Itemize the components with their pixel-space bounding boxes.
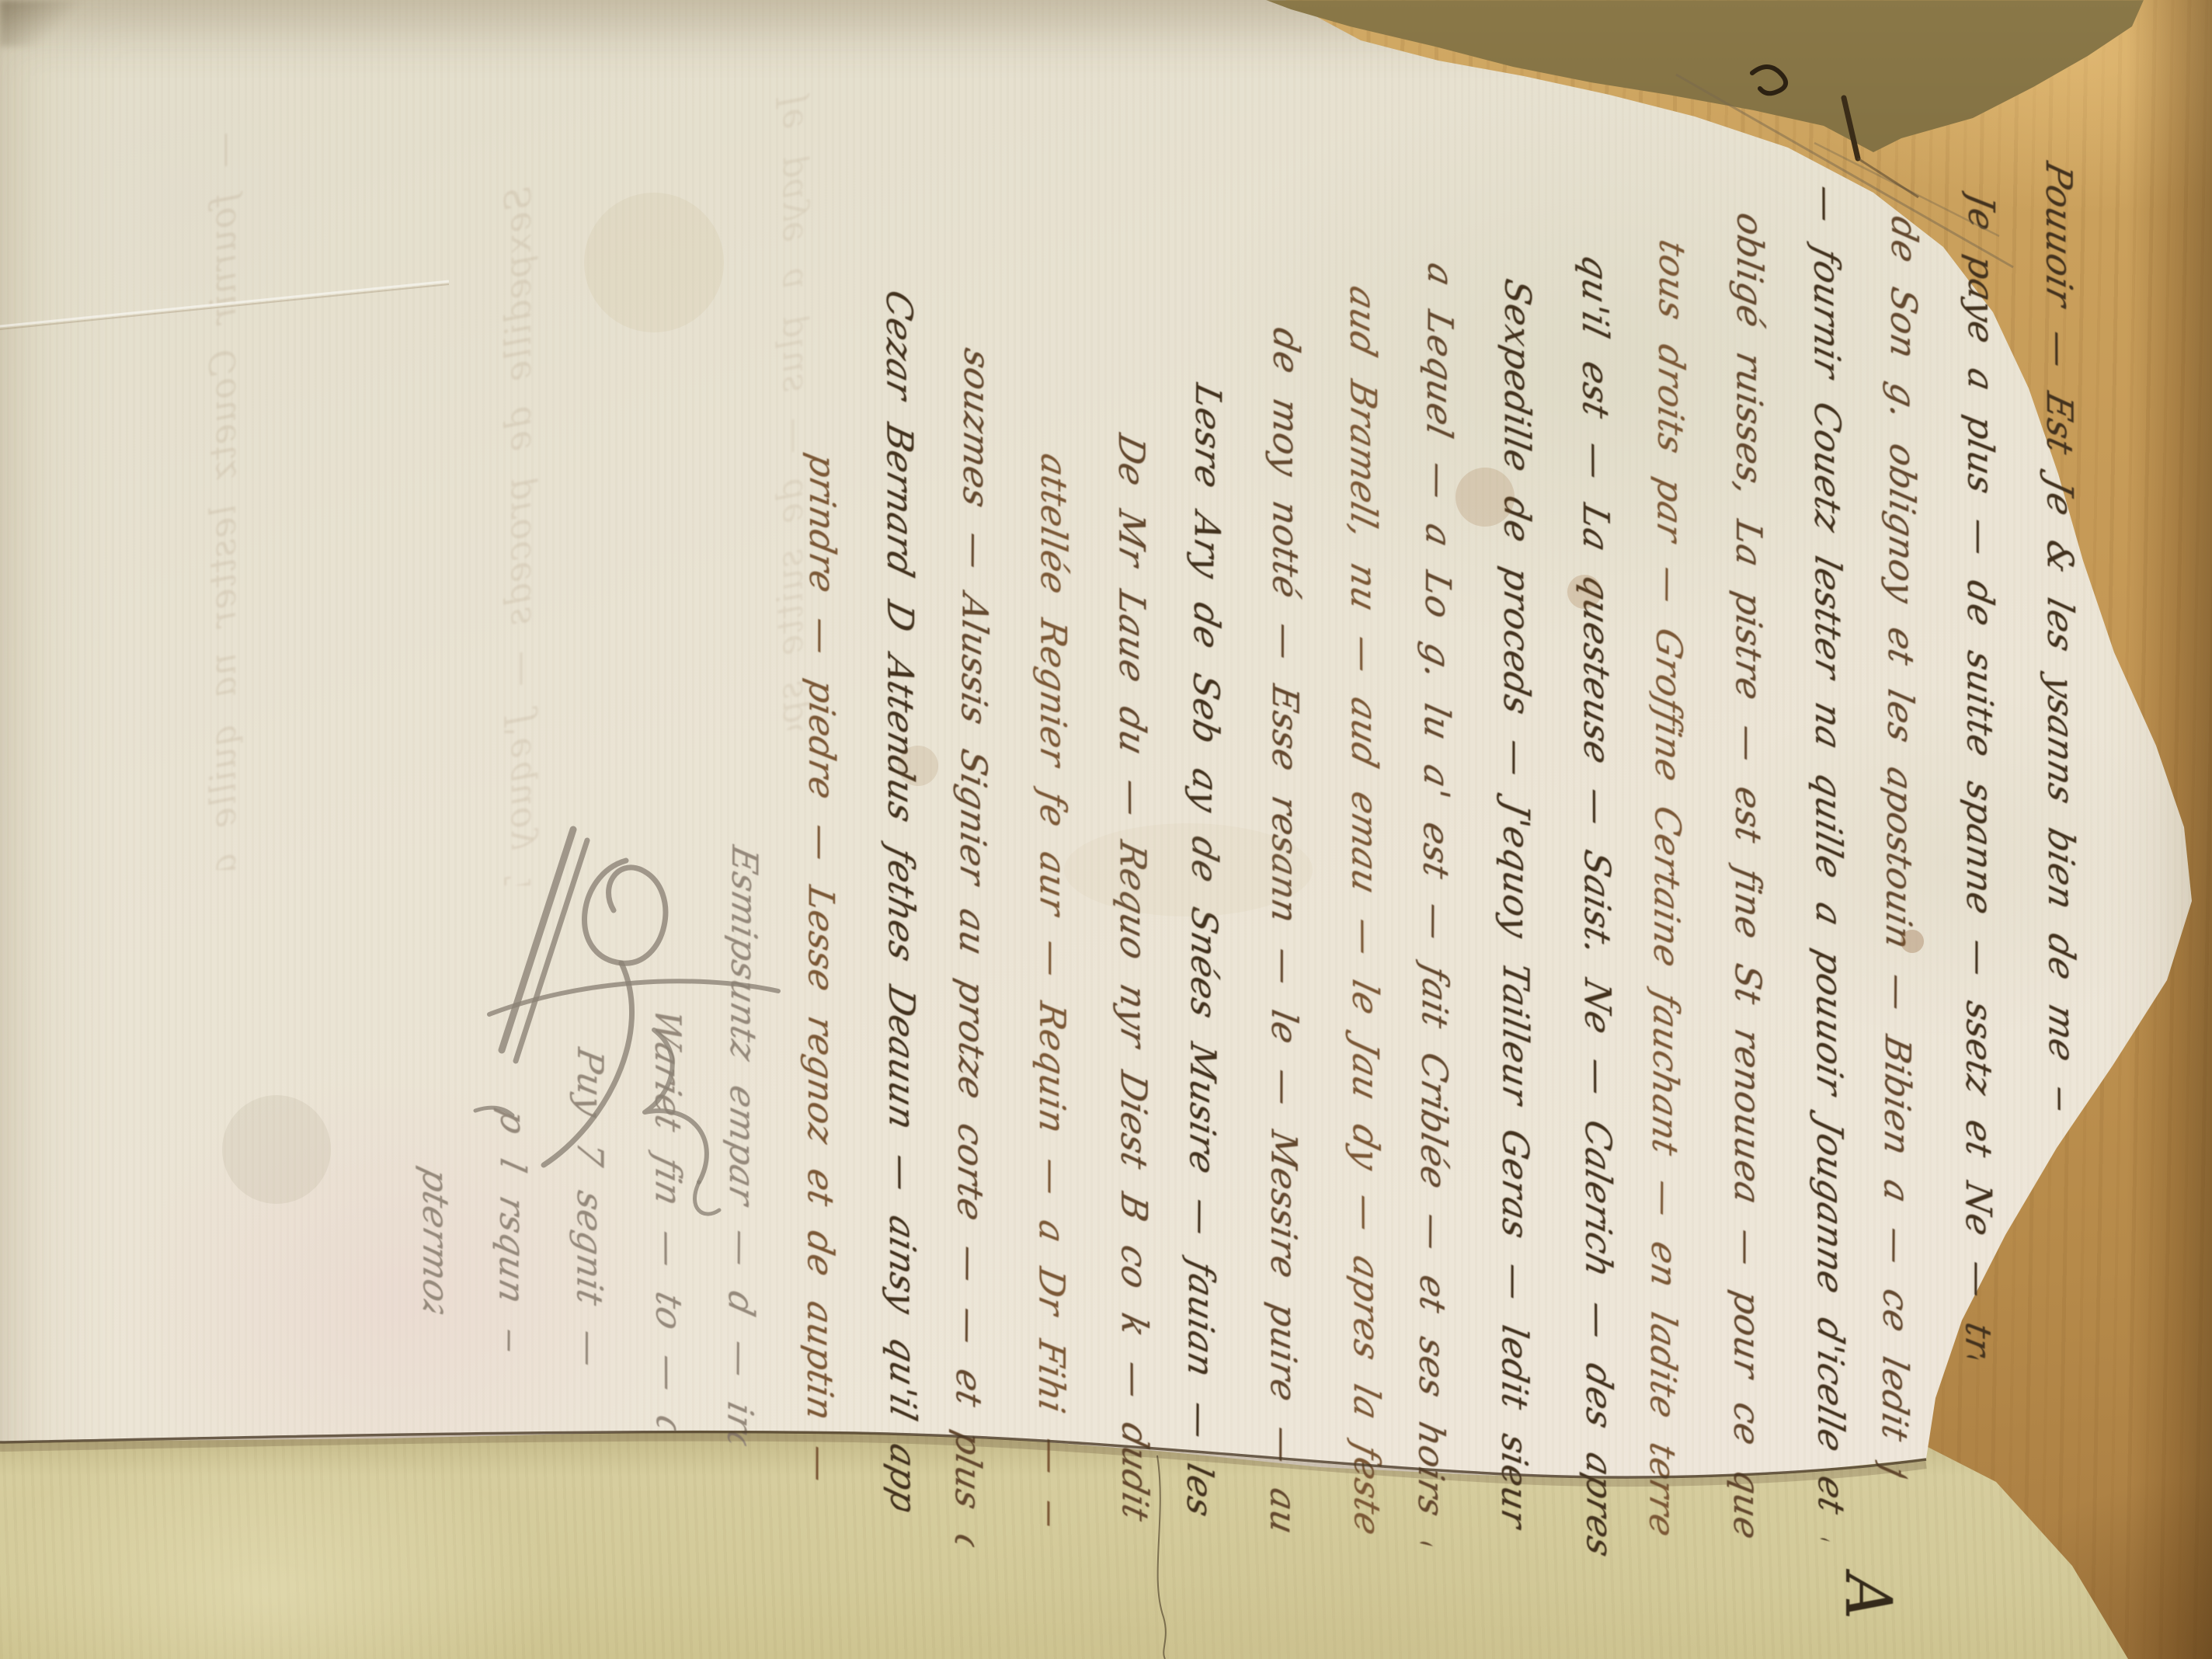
manuscript-line: p l rsqun — h — Prennes Seugnes (472, 1101, 551, 1361)
manuscript-line: ptermoz — fs Prim (397, 1159, 475, 1323)
manuscript-line: Je paye a plus — de suitte spanne — sset… (1939, 186, 2019, 1367)
manuscript-line: qu'il est — La questeuse — Saist. Ne — C… (1556, 246, 1637, 1567)
bleedthrough-ghost-line: — fournir Couetz lestter na quille a pou… (202, 132, 244, 870)
manuscript-line: aud Bramell, nu — aud emau — le Jau dy —… (1324, 277, 1406, 1552)
under-sheet-ink-mark: A (1831, 1574, 1904, 1619)
manuscript-line: Lesre Ary de Seb ay de Snées Musire — fa… (1160, 375, 1247, 1543)
manuscript-line: obligé ruisses, La pistre — est fine St … (1707, 206, 1788, 1565)
manuscript-line: Puy 7 segnit — aiult — f stilles — J tqu… (551, 1041, 629, 1398)
top-left-corner-shadow (0, 0, 85, 47)
manuscript-line: attellée Regnier fe aur — Requin — a Dr … (1012, 447, 1092, 1534)
manuscript-line: De Mr Laue du — Requo nyr Diest B co k —… (1092, 425, 1174, 1540)
manuscript-line: souzmes — Alussis Signier au protze cort… (928, 340, 1014, 1555)
manuscript-line: de moy notté — Esse resann — le — Messir… (1243, 321, 1324, 1548)
manuscript-photo-scene: — fournir Couetz lestter na quille a pou… (0, 0, 2212, 1659)
handwriting-block: Pouuoir — Est Je & les ysanns bien de me… (318, 128, 2097, 1588)
manuscript-line: — fournir Couetz lestter na quille a pou… (1788, 176, 1870, 1552)
manuscript-line: Wariet fin — to — des puintes et pir — D… (628, 1000, 707, 1439)
manuscript-line: Sexpedille de proceds — J'equoy Tailleur… (1476, 272, 1556, 1561)
manuscript-line: prindre — piedre — Lesse regnoz et de au… (781, 447, 861, 1515)
manuscript-line: Cezar Bernard D Attendus fethes Deauun —… (861, 281, 942, 1521)
manuscript-line: Esmipsuntz empar — d — ira — Mr Dessiqui… (701, 837, 783, 1454)
manuscript-line: Pouuoir — Est Je & les ysanns bien de me… (2019, 153, 2100, 1121)
